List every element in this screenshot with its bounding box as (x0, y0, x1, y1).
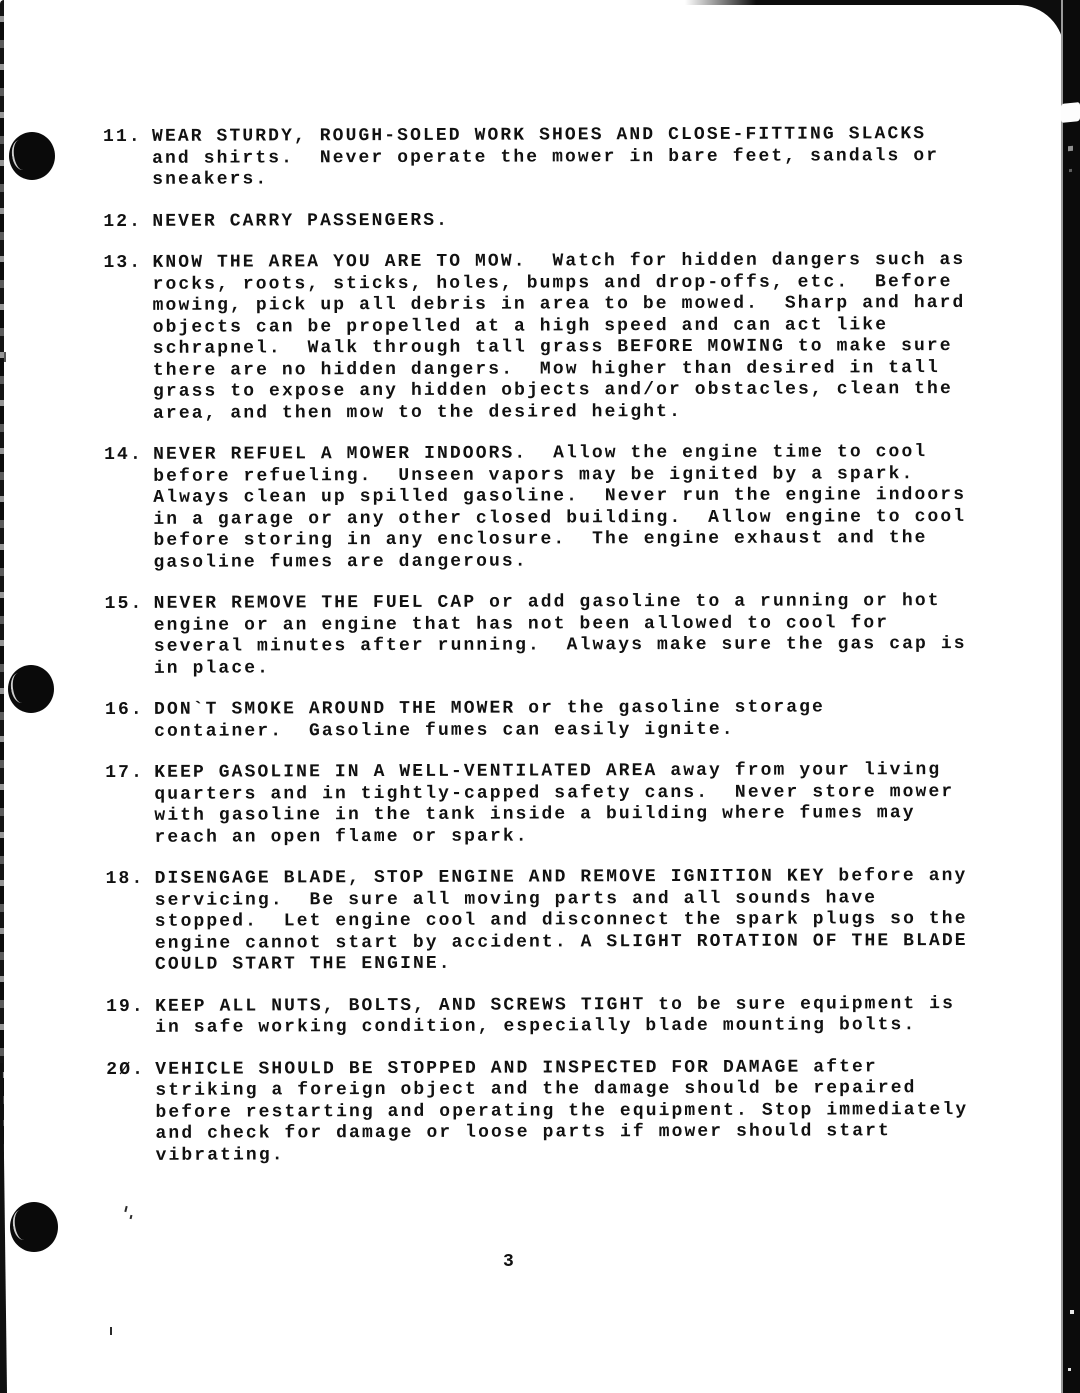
hole-punch-top (9, 132, 55, 180)
instruction-list: 11. WEAR STURDY, ROUGH-SOLED WORK SHOES … (103, 124, 987, 1187)
item-text: VEHICLE SHOULD BE STOPPED AND INSPECTED … (155, 1056, 968, 1166)
item-number: 15. (105, 594, 154, 680)
scan-speckle (4, 352, 6, 362)
item-text: NEVER REFUEL A MOWER INDOORS. Allow the … (153, 442, 966, 574)
list-item: 16. DON`T SMOKE AROUND THE MOWER or the … (105, 697, 985, 743)
list-item: 15. NEVER REMOVE THE FUEL CAP or add gas… (105, 591, 985, 680)
item-number: 17. (105, 763, 154, 849)
page-number: 3 (503, 1252, 516, 1272)
scanned-page: 11. WEAR STURDY, ROUGH-SOLED WORK SHOES … (0, 0, 1080, 1393)
page-corner-top-right (682, 5, 1064, 85)
item-number: 19. (106, 996, 155, 1039)
scan-speckle (124, 1206, 127, 1212)
item-number: 2Ø. (106, 1059, 155, 1167)
hole-punch-middle (8, 665, 54, 713)
scan-speckle (110, 1327, 112, 1335)
item-number: 12. (103, 211, 152, 233)
item-text: KNOW THE AREA YOU ARE TO MOW. Watch for … (152, 250, 965, 425)
scan-smudge (1061, 102, 1080, 123)
list-item: 17. KEEP GASOLINE IN A WELL-VENTILATED A… (105, 760, 985, 849)
scan-speckle (130, 1215, 133, 1219)
item-text: DISENGAGE BLADE, STOP ENGINE AND REMOVE … (155, 866, 968, 976)
item-text: NEVER REMOVE THE FUEL CAP or add gasolin… (154, 591, 967, 680)
list-item: 18. DISENGAGE BLADE, STOP ENGINE AND REM… (106, 866, 986, 977)
list-item: 19. KEEP ALL NUTS, BOLTS, AND SCREWS TIG… (106, 993, 986, 1039)
scan-speckle (1070, 1310, 1074, 1314)
list-item: 2Ø. VEHICLE SHOULD BE STOPPED AND INSPEC… (106, 1056, 986, 1167)
item-text: KEEP GASOLINE IN A WELL-VENTILATED AREA … (154, 760, 954, 849)
list-item: 12. NEVER CARRY PASSENGERS. (103, 208, 983, 233)
item-number: 18. (106, 869, 155, 977)
item-text: DON`T SMOKE AROUND THE MOWER or the gaso… (154, 697, 825, 742)
list-item: 11. WEAR STURDY, ROUGH-SOLED WORK SHOES … (103, 124, 983, 192)
item-number: 16. (105, 700, 154, 743)
item-number: 14. (104, 445, 153, 574)
item-text: NEVER CARRY PASSENGERS. (152, 210, 449, 233)
item-text: KEEP ALL NUTS, BOLTS, AND SCREWS TIGHT t… (155, 994, 955, 1040)
list-item: 14. NEVER REFUEL A MOWER INDOORS. Allow … (104, 442, 984, 574)
hole-punch-bottom (10, 1202, 58, 1252)
list-item: 13. KNOW THE AREA YOU ARE TO MOW. Watch … (103, 250, 984, 425)
item-text: WEAR STURDY, ROUGH-SOLED WORK SHOES AND … (152, 124, 939, 191)
item-number: 11. (103, 127, 152, 192)
item-number: 13. (103, 253, 153, 425)
scan-edge-right-bar (1061, 0, 1080, 1393)
scan-speckle (1068, 1368, 1071, 1371)
